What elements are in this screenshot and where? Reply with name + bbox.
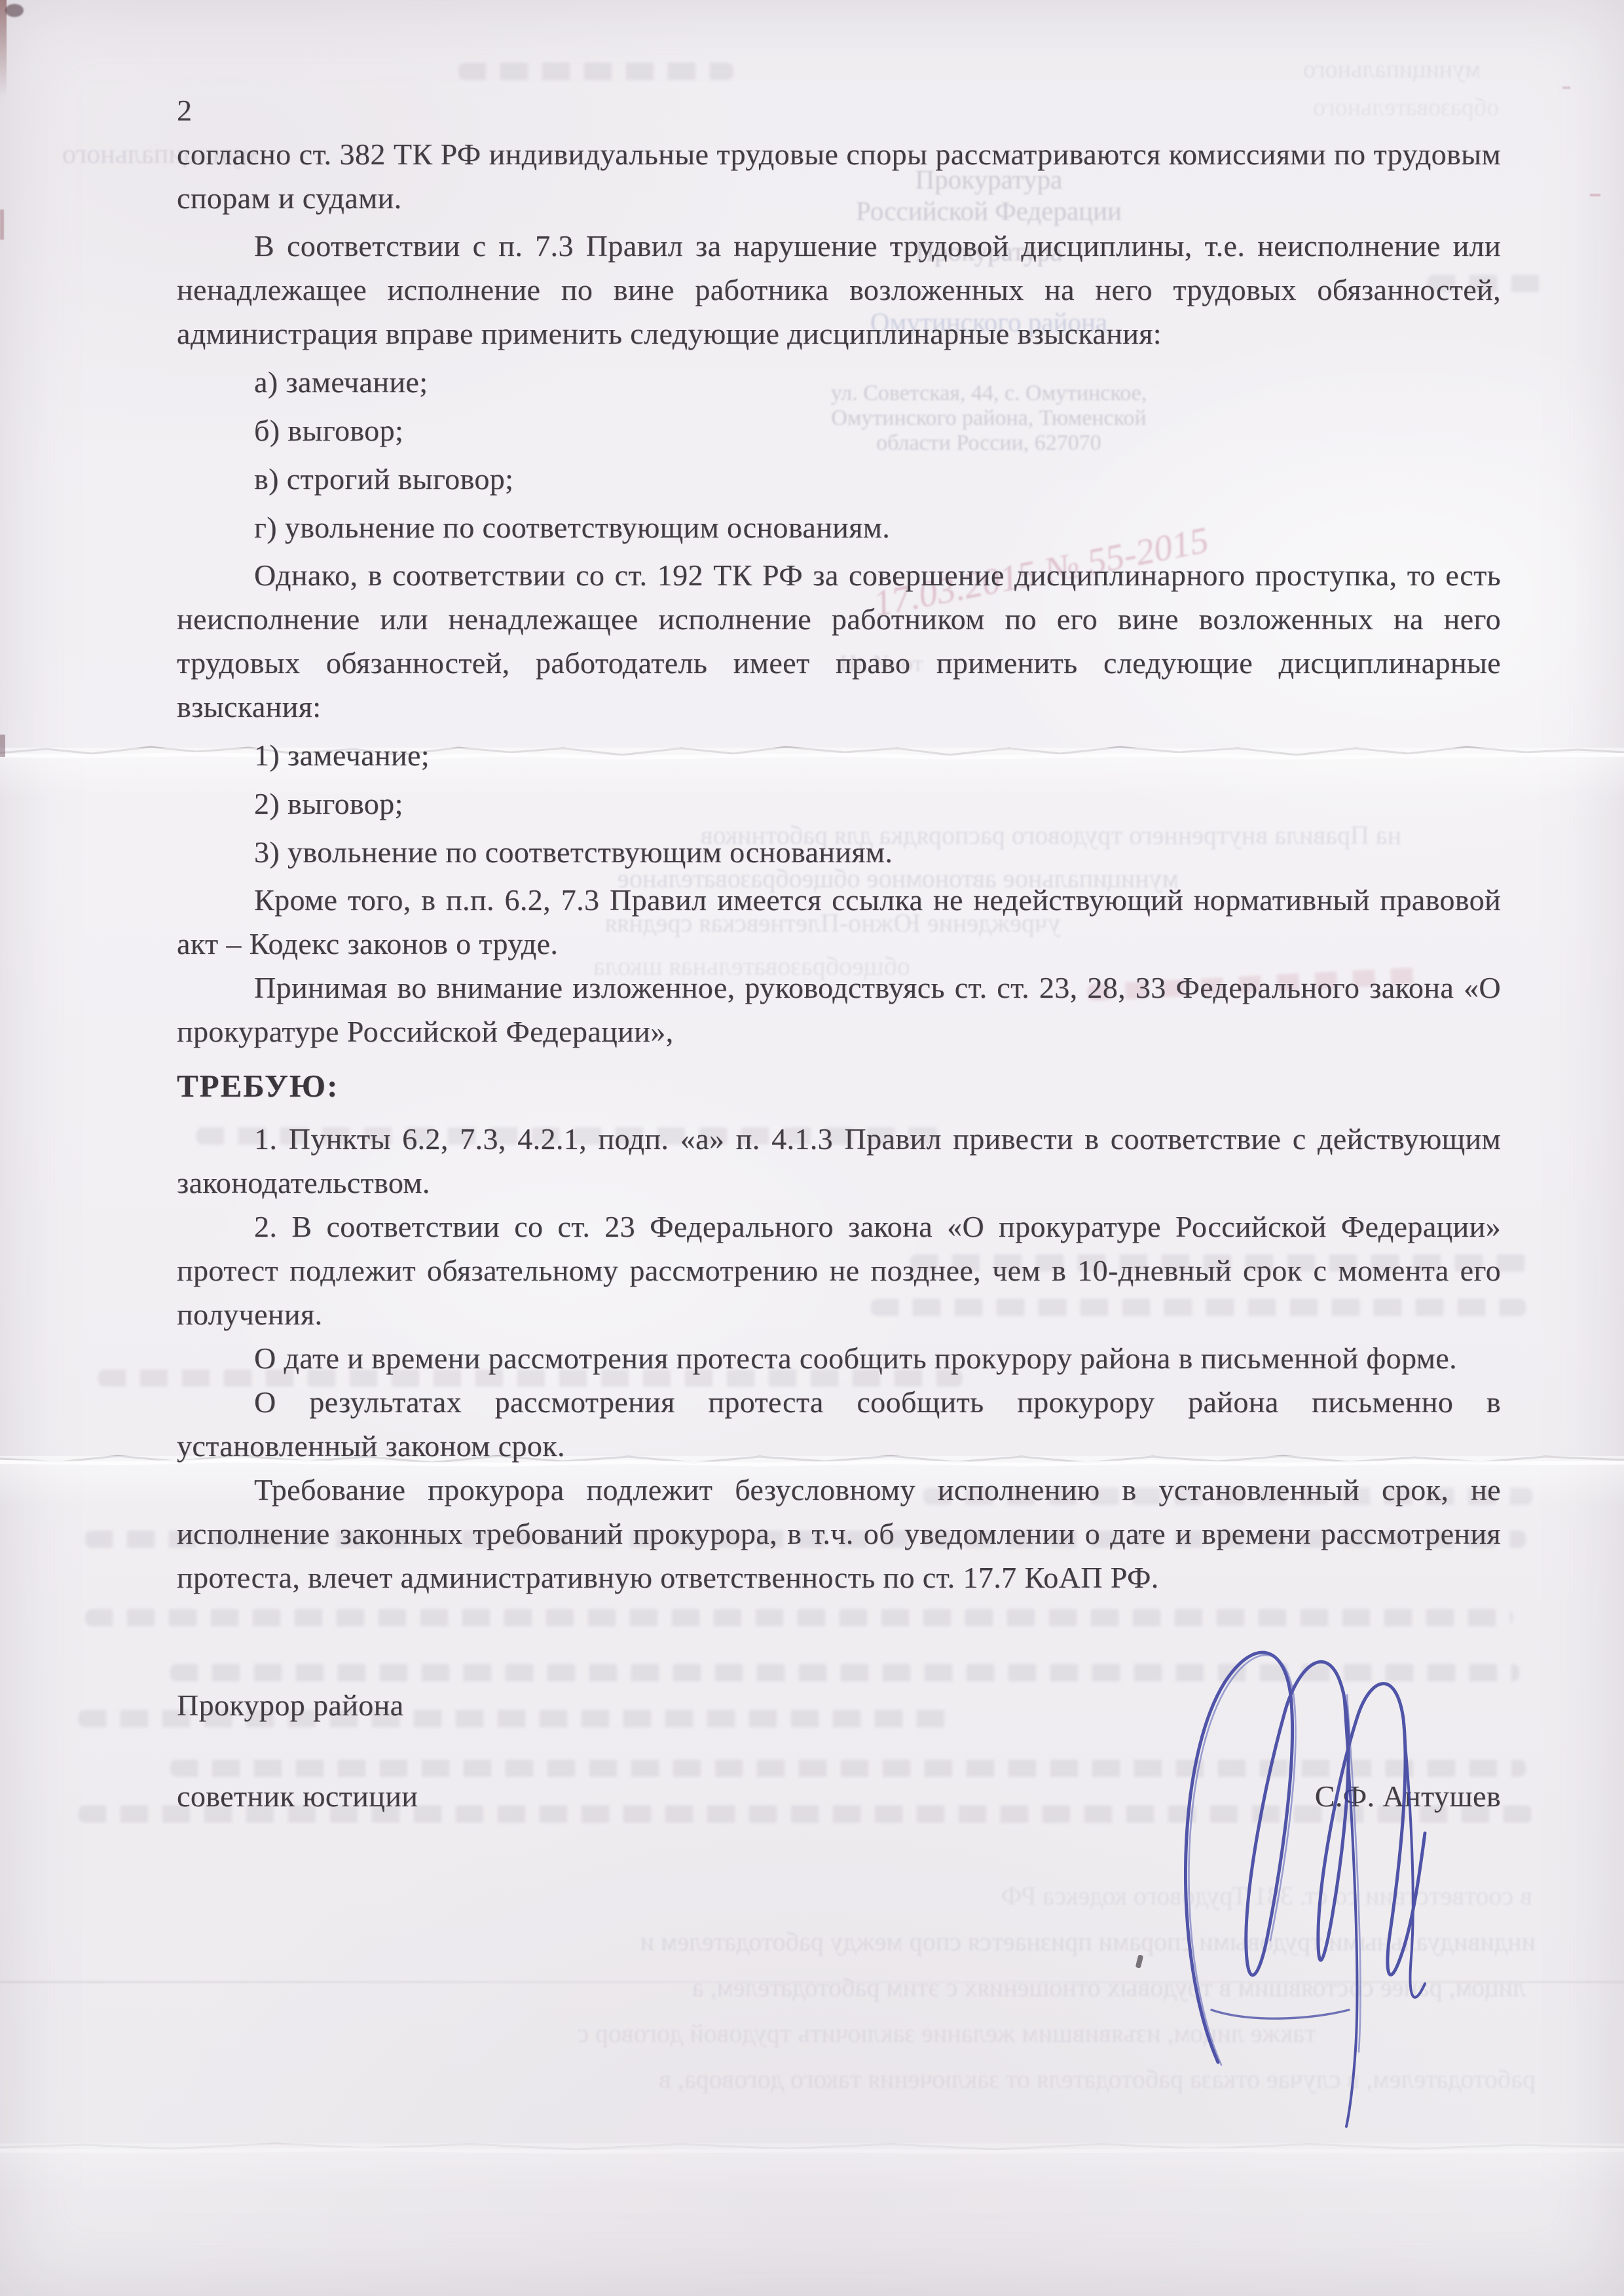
signer-name: С.Ф. Антушев: [1315, 1774, 1501, 1818]
paragraph: Требование прокурора подлежит безусловно…: [177, 1468, 1501, 1599]
ghost-text: в соответствии со ст. 381 Трудового коде…: [216, 1880, 1532, 1911]
list-item: 3) увольнение по соответствующим основан…: [177, 830, 1501, 874]
list-item: 2) выговор;: [177, 782, 1501, 826]
scan-speck: [1135, 1954, 1144, 1968]
scanned-document-page: муниципального муниципального образовате…: [0, 0, 1624, 2296]
ghost-text: лицом, ранее состоявшим в трудовых отнош…: [79, 1972, 1526, 2003]
ghost-text: работодателем, в случае отказа работодат…: [79, 2064, 1536, 2094]
paragraph: 2. В соответствии со ст. 23 Федерального…: [177, 1205, 1501, 1336]
ghost-smudge: [458, 63, 733, 80]
signer-rank: советник юстиции: [177, 1774, 418, 1818]
paragraph: 1. Пункты 6.2, 7.3, 4.2.1, подп. «а» п. …: [177, 1117, 1501, 1205]
signer-position: Прокурор района: [177, 1683, 1501, 1727]
list-item: в) строгий выговор;: [177, 457, 1501, 501]
paper-tear-crease: [0, 2133, 1624, 2162]
scan-speck: [1590, 194, 1600, 196]
ghost-text: индивидуальными трудовыми спорами призна…: [79, 1926, 1536, 1957]
paragraph: Принимая во внимание изложенное, руковод…: [177, 966, 1501, 1053]
paragraph: Кроме того, в п.п. 6.2, 7.3 Правил имеет…: [177, 878, 1501, 966]
paragraph: В соответствии с п. 7.3 Правил за наруше…: [177, 224, 1501, 355]
demand-heading: ТРЕБУЮ:: [177, 1064, 1501, 1108]
ghost-text: муниципального: [1303, 55, 1481, 84]
paragraph: О результатах рассмотрения протеста сооб…: [177, 1380, 1501, 1468]
list-item: 1) замечание;: [177, 733, 1501, 777]
signature-block: Прокурор района советник юстиции С.Ф. Ан…: [177, 1683, 1501, 1818]
list-item: а) замечание;: [177, 360, 1501, 404]
paragraph: Однако, в соответствии со ст. 192 ТК РФ …: [177, 553, 1501, 729]
scan-edge-mark: [0, 210, 4, 240]
page-number: 2: [177, 88, 1501, 132]
scan-edge-mark: [0, 0, 7, 98]
paragraph: согласно ст. 382 ТК РФ индивидуальные тр…: [177, 132, 1501, 220]
scan-speck: [1562, 86, 1570, 89]
scan-edge-mark: [0, 735, 5, 757]
list-item: г) увольнение по соответствующим основан…: [177, 505, 1501, 549]
scan-edge-mark: [5, 4, 24, 17]
list-item: б) выговор;: [177, 409, 1501, 452]
ghost-text: также лицом, изъявившим желание заключит…: [79, 2018, 1316, 2049]
paper-crease-faint: [0, 1981, 1624, 1983]
paragraph: О дате и времени рассмотрения протеста с…: [177, 1336, 1501, 1380]
document-body: 2 согласно ст. 382 ТК РФ индивидуальные …: [177, 88, 1501, 1818]
